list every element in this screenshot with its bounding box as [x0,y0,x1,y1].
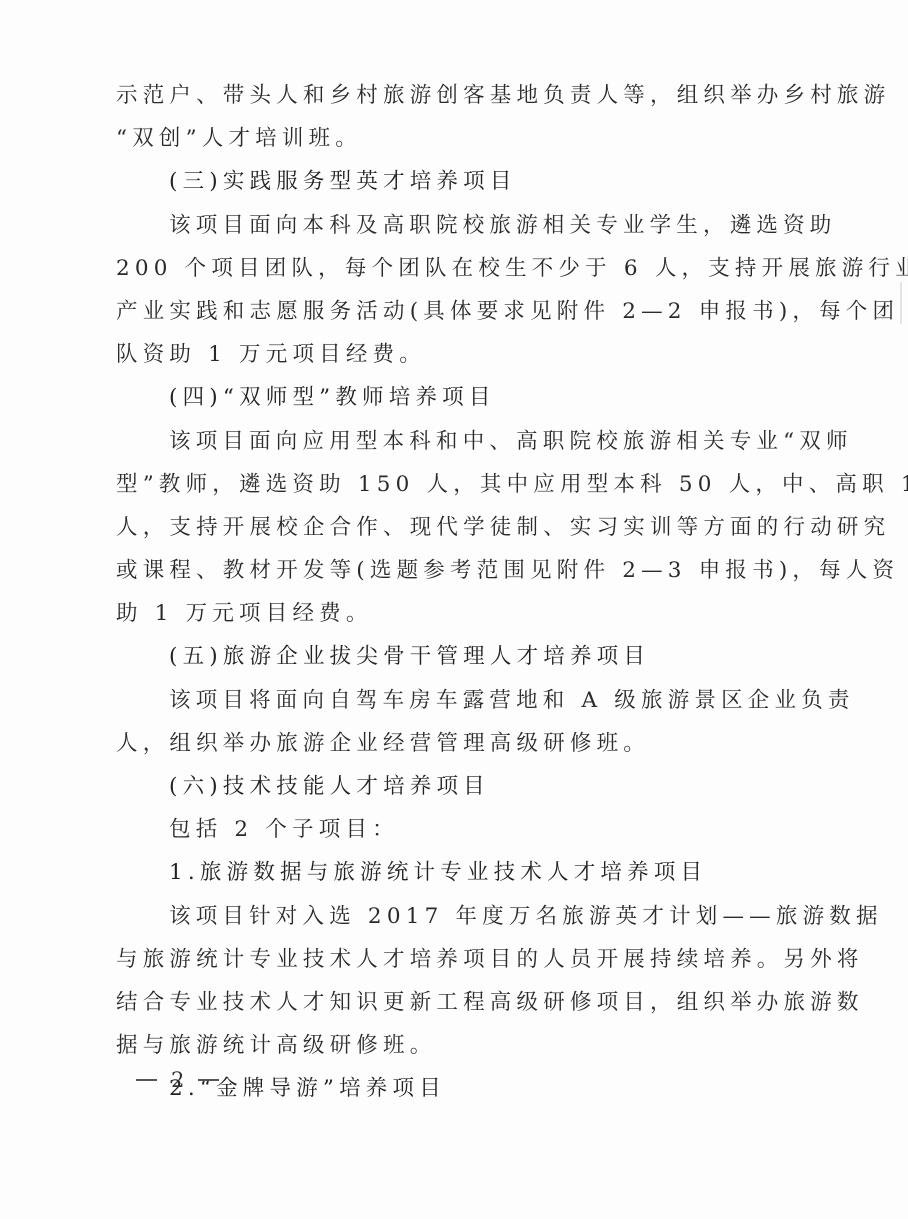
section-heading: (三)实践服务型英才培养项目 [116,160,798,203]
text-line: 包括 2 个子项目： [116,808,798,851]
dash-left-decoration [136,1079,157,1080]
text-line: 产业实践和志愿服务活动(具体要求见附件 2—2 申报书)，每个团 [116,290,798,333]
dash-right-decoration [198,1079,219,1080]
scan-artifact [900,282,902,324]
document-page: 示范户、带头人和乡村旅游创客基地负责人等，组织举办乡村旅游 “双创”人才培训班。… [0,0,908,1219]
subsection-heading: 1.旅游数据与旅游统计专业技术人才培养项目 [116,851,798,894]
page-footer: 2 [136,1068,219,1092]
text-line: 或课程、教材开发等(选题参考范围见附件 2—3 申报书)，每人资 [116,549,798,592]
section-heading: (四)“双师型”教师培养项目 [116,376,798,419]
text-line: 据与旅游统计高级研修班。 [116,1024,798,1067]
text-line: 示范户、带头人和乡村旅游创客基地负责人等，组织举办乡村旅游 [116,74,798,117]
document-body: 示范户、带头人和乡村旅游创客基地负责人等，组织举办乡村旅游 “双创”人才培训班。… [116,74,798,1111]
text-line: 人，支持开展校企合作、现代学徒制、实习实训等方面的行动研究 [116,506,798,549]
text-line: 200 个项目团队，每个团队在校生不少于 6 人，支持开展旅游行业 [116,247,798,290]
page-number: 2 [171,1068,184,1092]
text-line: 与旅游统计专业技术人才培养项目的人员开展持续培养。另外将 [116,938,798,981]
text-line: 该项目针对入选 2017 年度万名旅游英才计划——旅游数据 [116,895,798,938]
section-heading: (五)旅游企业拔尖骨干管理人才培养项目 [116,635,798,678]
text-line: “双创”人才培训班。 [116,117,798,160]
text-line: 助 1 万元项目经费。 [116,592,798,635]
text-line: 该项目将面向自驾车房车露营地和 A 级旅游景区企业负责 [116,679,798,722]
section-heading: (六)技术技能人才培养项目 [116,765,798,808]
text-line: 型”教师，遴选资助 150 人，其中应用型本科 50 人，中、高职 100 [116,463,798,506]
text-line: 该项目面向本科及高职院校旅游相关专业学生，遴选资助 [116,204,798,247]
text-line: 队资助 1 万元项目经费。 [116,333,798,376]
text-line: 人，组织举办旅游企业经营管理高级研修班。 [116,722,798,765]
text-line: 结合专业技术人才知识更新工程高级研修项目，组织举办旅游数 [116,981,798,1024]
text-line: 该项目面向应用型本科和中、高职院校旅游相关专业“双师 [116,420,798,463]
